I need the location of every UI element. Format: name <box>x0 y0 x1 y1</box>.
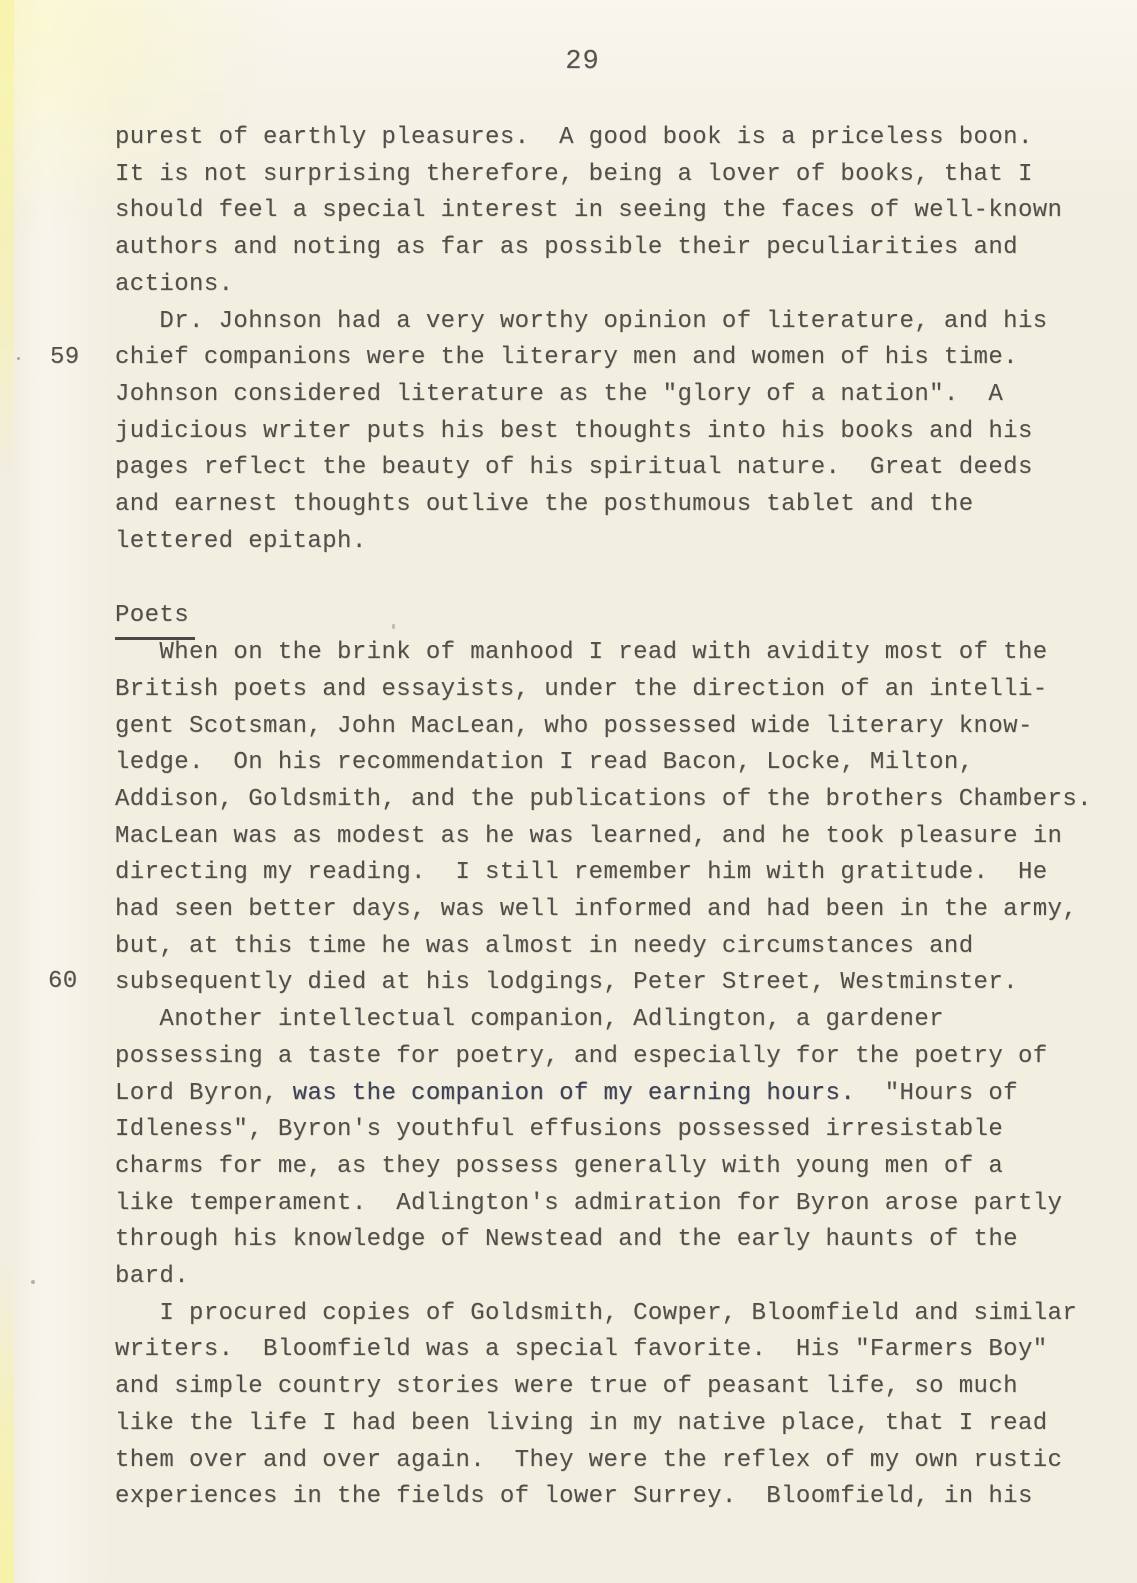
body-block-2: When on the brink of manhood I read with… <box>115 635 1125 1516</box>
section-heading-poets: Poets <box>115 598 195 640</box>
section-heading-line: Poets <box>115 598 1125 635</box>
margin-number-60: 60 <box>48 964 78 1001</box>
body-segment: "Hours of Idleness", Byron's youthful ef… <box>115 1080 1077 1511</box>
body-block-1: purest of earthly pleasures. A good book… <box>115 120 1125 560</box>
body-segment: When on the brink of manhood I read with… <box>115 639 1092 1106</box>
paper-speck <box>392 624 395 629</box>
emphasized-segment: was the companion of my earning hours. <box>293 1080 856 1107</box>
typed-text-column: purest of earthly pleasures. A good book… <box>115 120 1125 1516</box>
paper-speck <box>17 357 20 360</box>
page-number: 29 <box>0 44 1137 81</box>
margin-number-59: 59 <box>50 340 80 377</box>
paper-speck <box>31 1280 35 1284</box>
paper-page: 29 59 60 purest of earthly pleasures. A … <box>0 0 1137 1583</box>
